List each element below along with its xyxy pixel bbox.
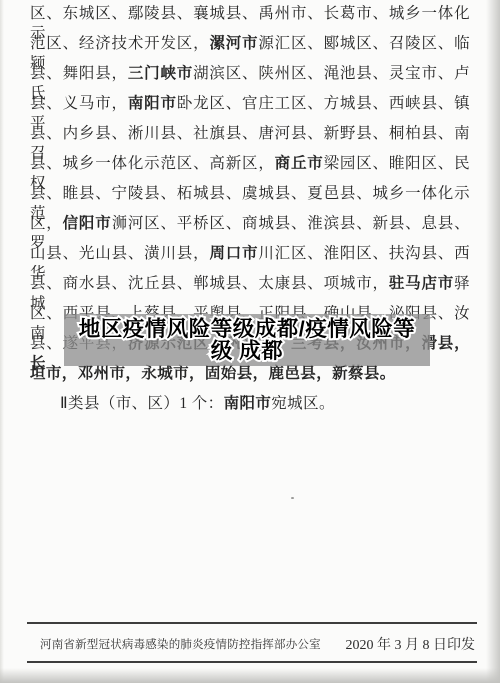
text-segment: 山县、光山县、潢川县， [30,245,209,262]
document-line: 县、义马市，南阳市卧龙区、官庄工区、方城县、西峡县、镇平 [30,94,470,114]
city-name-bold-segment: 周口市 [209,245,258,262]
text-segment: 县、商水县、沈丘县、郸城县、太康县、项城市， [30,275,389,292]
city-name-bold-segment: 驻马店市 [389,275,454,292]
city-name-bold-segment: 南阳市 [224,395,272,412]
scan-edge-left [0,0,4,683]
text-segment: 范区、经济技术开发区， [30,35,209,52]
watermark-overlay: 地区疫情风险等级成都/疫情风险等 级 成都 [64,314,430,366]
document-line: 县、舞阳县，三门峡市湖滨区、陕州区、渑池县、灵宝市、卢氏 [30,64,470,84]
document-line: 县、内乡县、淅川县、社旗县、唐河县、新野县、桐柏县、南召 [30,124,470,144]
watermark-text-line1: 地区疫情风险等级成都/疫情风险等 [79,318,415,340]
document-line: 区，信阳市浉河区、平桥区、商城县、淮滨县、新县、息县、罗 [30,214,470,234]
watermark-text-line2: 级 成都 [211,340,283,362]
scan-edge-right [486,0,500,683]
document-line: 县、商水县、沈丘县、郸城县、太康县、项城市，驻马店市驿城 [30,274,470,294]
document-line: Ⅱ类县（市、区）1 个：南阳市宛城区。 [30,394,470,414]
text-segment: 县、舞阳县， [30,65,128,82]
document-line: 县、城乡一体化示范区、高新区，商丘市梁园区、睢阳区、民权 [30,154,470,174]
footer-top-rule [27,622,477,624]
city-name-bold-segment: 漯河市 [209,35,258,52]
city-name-bold-segment: 南阳市 [128,95,177,112]
text-segment: 宛城区。 [271,395,335,412]
city-name-bold-segment: 垣市，邓州市，永城市，固始县，鹿邑县，新蔡县。 [30,365,396,382]
footer-bottom-rule [27,661,477,663]
document-line: 区、东城区、鄢陵县、襄城县、禹州市、长葛市、城乡一体化示 [30,4,470,24]
text-segment: 县、义马市， [30,95,128,112]
city-name-bold-segment: 商丘市 [275,155,324,172]
footer-issuing-office: 河南省新型冠状病毒感染的肺炎疫情防控指挥部办公室 [40,636,321,652]
scan-edge-bottom [0,668,500,683]
text-segment: 区， [30,215,63,232]
scan-noise-speck [291,497,294,499]
scanned-document-page: 区、东城区、鄢陵县、襄城县、禹州市、长葛市、城乡一体化示范区、经济技术开发区，漯… [0,0,500,683]
document-line: 县、睢县、宁陵县、柘城县、虞城县、夏邑县、城乡一体化示范 [30,184,470,204]
footer-print-date: 2020 年 3 月 8 日印发 [330,634,475,654]
city-name-bold-segment: 信阳市 [63,215,112,232]
text-segment: Ⅱ类县（市、区）1 个： [60,395,224,412]
document-line: 垣市，邓州市，永城市，固始县，鹿邑县，新蔡县。 [30,364,470,384]
document-line: 山县、光山县、潢川县，周口市川汇区、淮阳区、扶沟县、西华 [30,244,470,264]
city-name-bold-segment: 三门峡市 [128,65,193,82]
text-segment: 县、城乡一体化示范区、高新区， [30,155,275,172]
document-line: 范区、经济技术开发区，漯河市源汇区、郾城区、召陵区、临颍 [30,34,470,54]
